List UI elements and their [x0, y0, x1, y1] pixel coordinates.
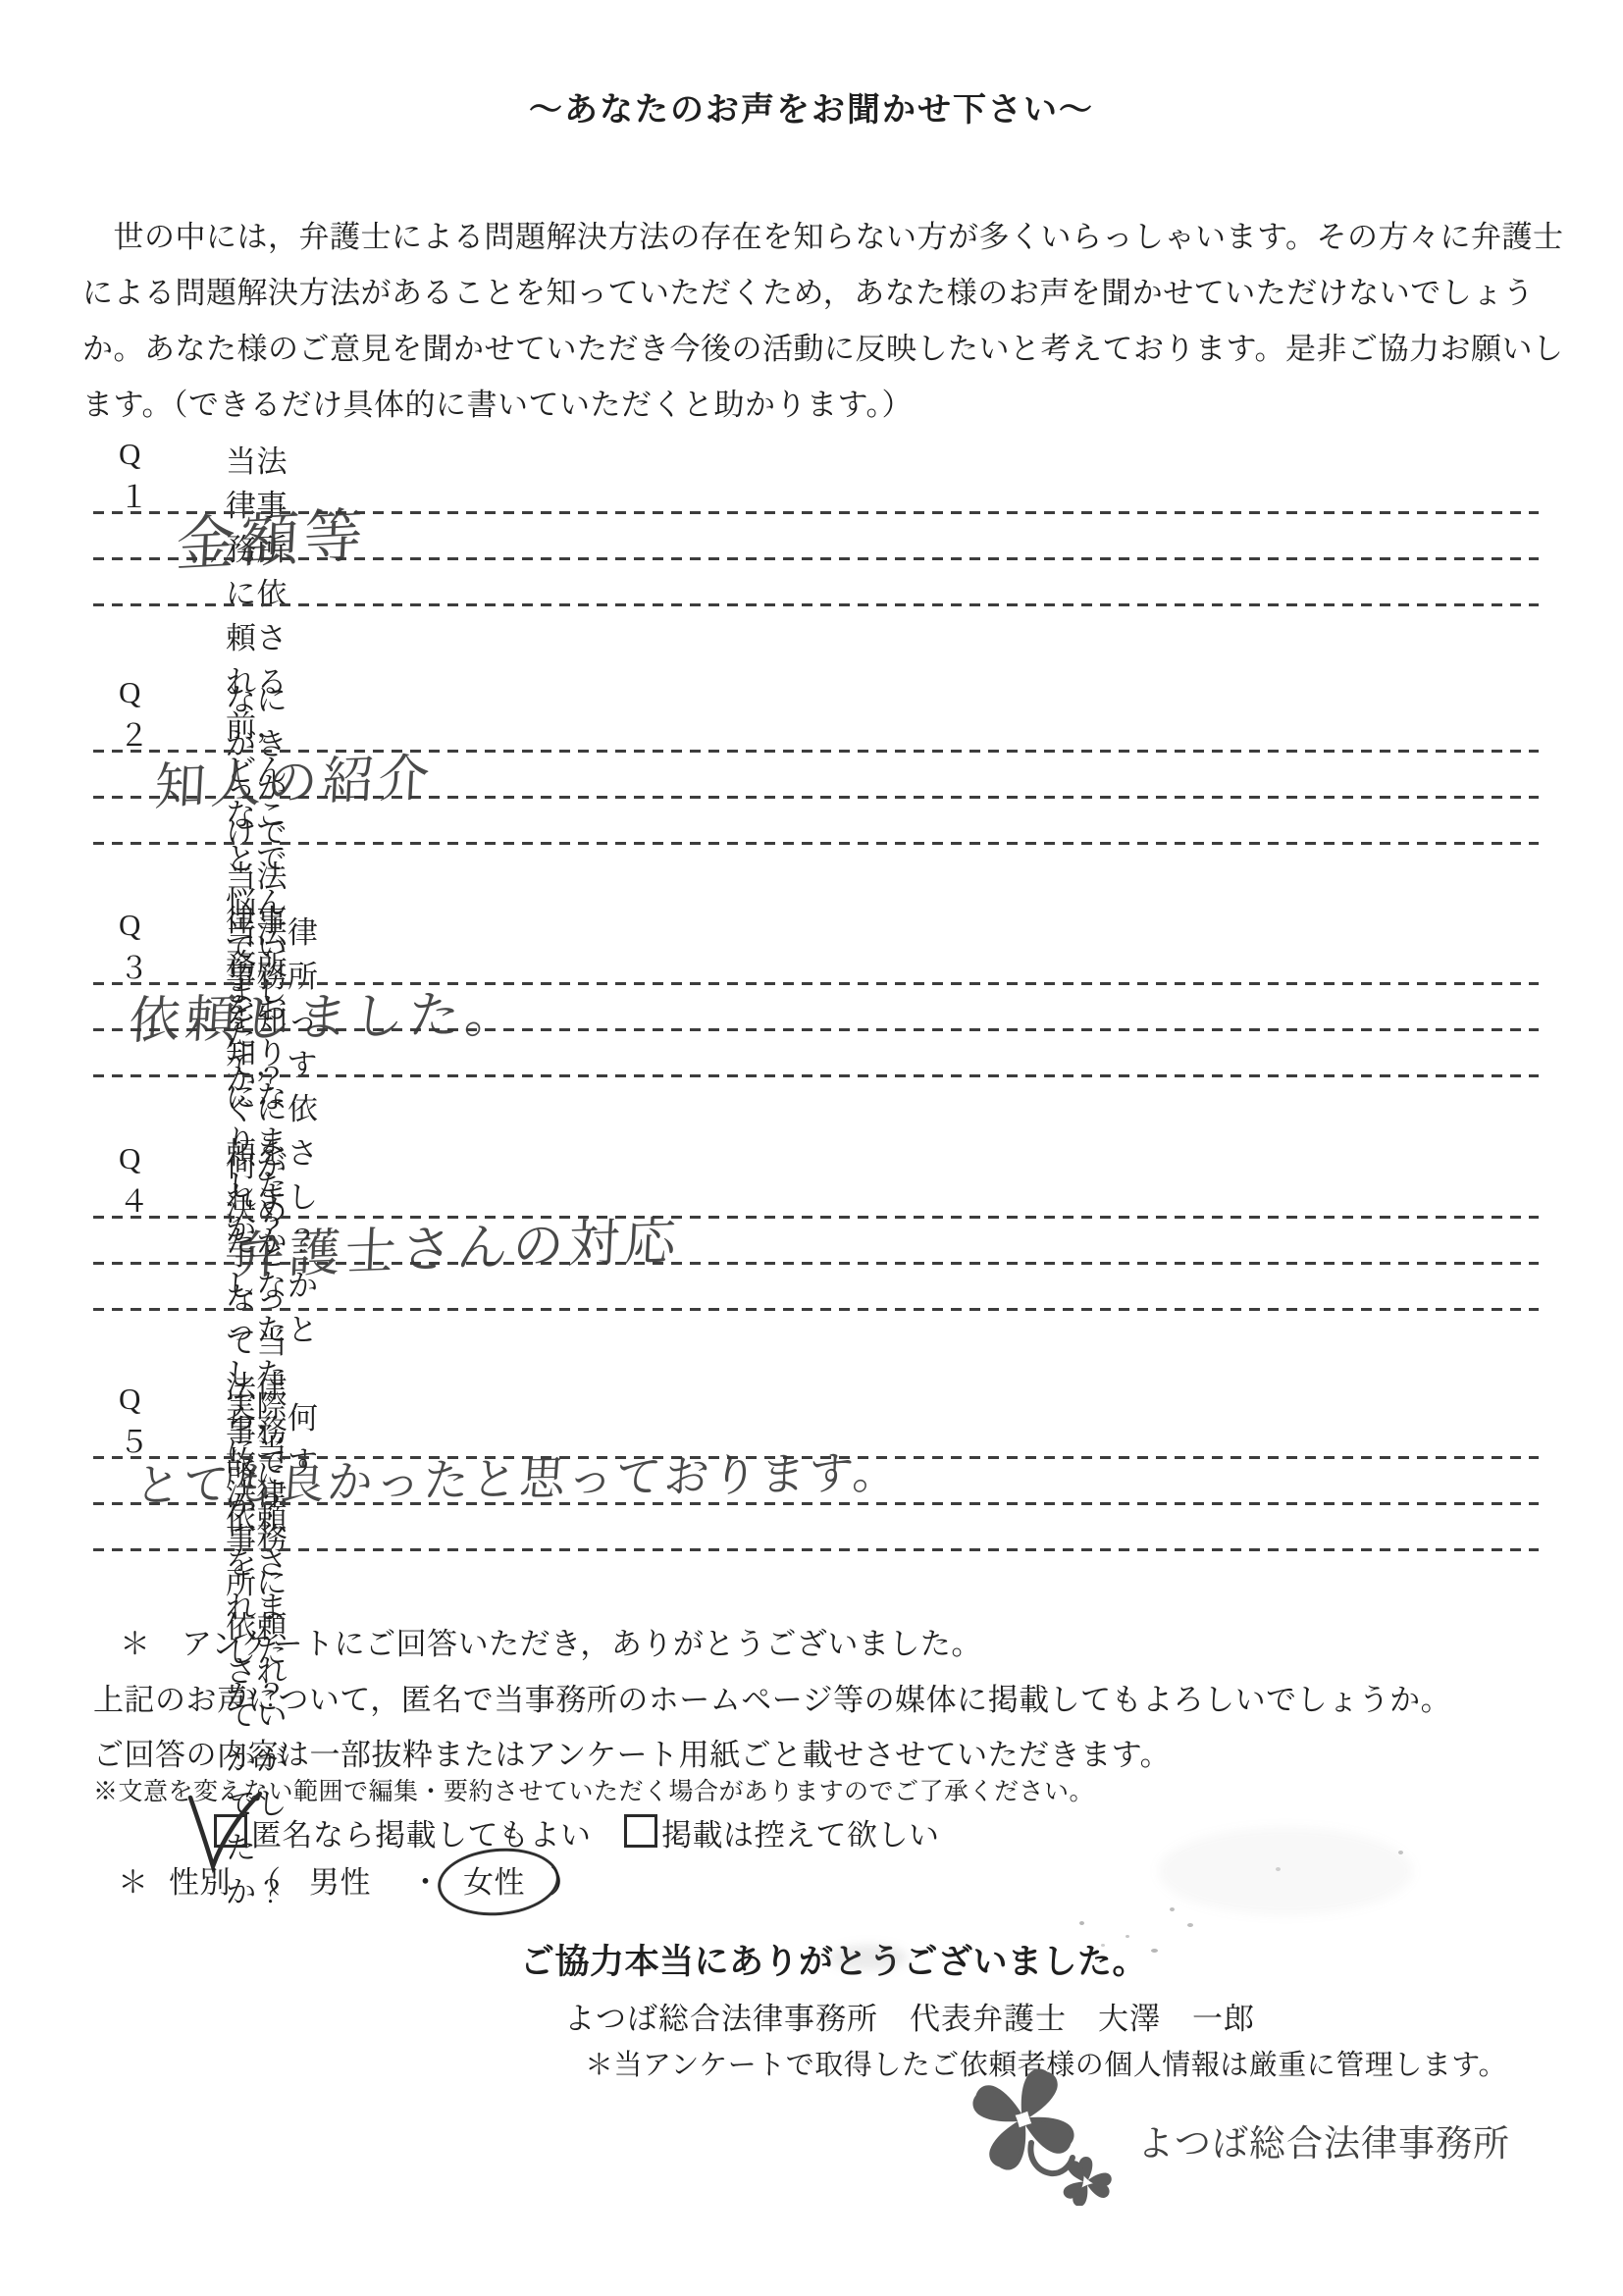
handwritten-answer-q5: とても良かったと思っております。	[133, 1436, 904, 1515]
gender-marker: ＊	[118, 1857, 149, 1902]
scan-smudge	[829, 1945, 908, 1970]
scan-speck	[1079, 1921, 1084, 1925]
firm-logo-name: よつば総合法律事務所	[1137, 2113, 1510, 2166]
consent-edit-note: ※文意を変えない範囲で編集・要約させていただく場合がありますのでご了承ください。	[93, 1772, 1094, 1807]
scan-speck	[1126, 1935, 1129, 1938]
checkbox-decline-publication[interactable]	[624, 1814, 657, 1848]
page-title: ～あなたのお声をお聞かせ下さい～	[0, 82, 1623, 130]
handwritten-answer-q1: 金額等	[175, 489, 370, 584]
intro-line: か。あなた様のご意見を聞かせていただき今後の活動に反映したいと考えております。是…	[82, 321, 1549, 377]
scan-speck	[1187, 1923, 1193, 1927]
scan-speck	[1170, 1907, 1175, 1911]
gender-separator: ・	[410, 1857, 442, 1902]
scan-speck	[1101, 1944, 1105, 1947]
question-label: Q４	[119, 1141, 155, 1221]
handwritten-answer-q4: 弁護士さんの対応	[232, 1199, 683, 1288]
gender-paren-close: ）	[550, 1857, 581, 1902]
checkbox-allow-anonymous-label: 匿名なら掲載してもよい	[251, 1810, 592, 1854]
firm-representative-line: よつば総合法律事務所 代表弁護士 大澤 一郎	[564, 1994, 1255, 2038]
question-label: Q３	[119, 908, 155, 987]
intro-line: ます。（できるだけ具体的に書いていただくと助かります。）	[82, 377, 1549, 433]
survey-thanks-line: ＊ アンケートにご回答いただき，ありがとうございました。	[120, 1619, 982, 1663]
gender-label: 性別	[169, 1857, 231, 1902]
checkbox-allow-anonymous[interactable]	[214, 1814, 247, 1848]
intro-line: による問題解決方法があることを知っていただくため，あなた様のお声を聞かせていただ…	[82, 265, 1549, 321]
handwritten-answer-q2: 知人の紹介	[153, 736, 437, 819]
gender-paren-open: （	[250, 1857, 282, 1902]
question-label: Q２	[119, 675, 155, 755]
answer-line	[93, 1074, 1539, 1077]
gender-option-male[interactable]: 男性	[309, 1857, 371, 1902]
handwritten-circle-female	[435, 1844, 561, 1921]
answer-line	[93, 1548, 1539, 1551]
four-leaf-clover-icon	[967, 2068, 1124, 2206]
checkbox-decline-publication-label: 掲載は控えて欲しい	[661, 1810, 940, 1854]
answer-line	[93, 1308, 1539, 1311]
consent-line-2: ご回答の内容は一部抜粋またはアンケート用紙ごと載せさせていただきます。	[93, 1730, 1171, 1774]
intro-line: 世の中には，弁護士による問題解決方法の存在を知らない方が多くいらっしゃいます。そ…	[82, 209, 1549, 265]
consent-line-1: 上記のお声について，匿名で当事務所のホームページ等の媒体に掲載してもよろしいでし…	[93, 1675, 1451, 1719]
questionnaire-page: ～あなたのお声をお聞かせ下さい～ 世の中には，弁護士による問題解決方法の存在を知…	[0, 0, 1623, 2296]
question-label: Q１	[119, 437, 155, 516]
scan-speck	[1151, 1949, 1158, 1953]
firm-logo: よつば総合法律事務所	[967, 2068, 1516, 2206]
scan-smudge	[1158, 1827, 1413, 1915]
intro-paragraph: 世の中には，弁護士による問題解決方法の存在を知らない方が多くいらっしゃいます。そ…	[82, 209, 1549, 433]
answer-line	[93, 842, 1539, 845]
answer-line	[93, 603, 1539, 606]
handwritten-answer-q3: 依頼しました。	[127, 972, 523, 1053]
